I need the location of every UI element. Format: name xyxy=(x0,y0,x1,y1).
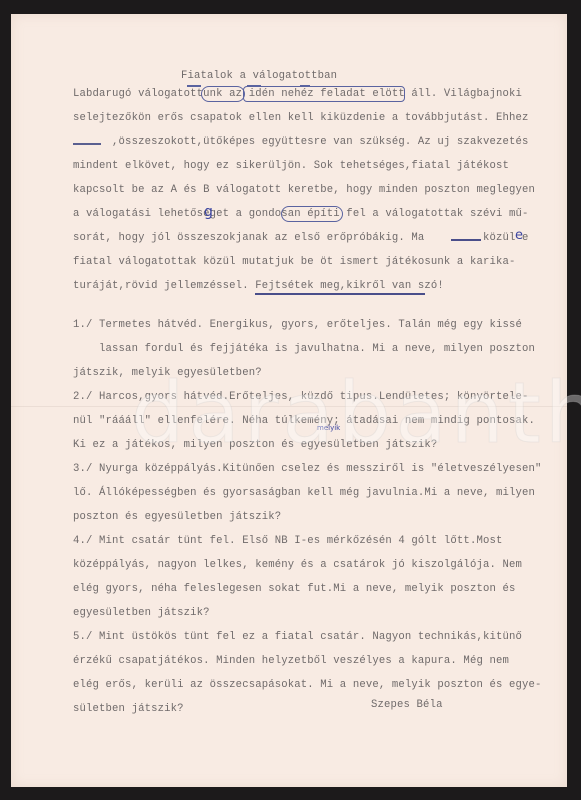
question-1-line: játszik, melyik egyesületben? xyxy=(73,367,262,379)
intro-line: mindent elkövet, hogy ez sikerüljön. Sok… xyxy=(73,160,509,172)
question-3-line: lő. Állóképességben és gyorsaságban kell… xyxy=(73,487,535,499)
strikethrough xyxy=(73,143,101,145)
intro-line: kapcsolt be az A és B válogatott keretbe… xyxy=(73,184,535,196)
title-underline-mark xyxy=(187,85,201,87)
intro-line: selejtezőkön erős csapatok ellen kell ki… xyxy=(73,112,529,124)
intro-line: ,összeszokott,ütőképes együttesre van sz… xyxy=(73,136,529,148)
question-2-line: 2./ Harcos,gyors hátvéd.Erőteljes, küzdő… xyxy=(73,391,529,403)
question-4-line: elég gyors, néha feleslegesen sokat fut.… xyxy=(73,583,516,595)
handwritten-box xyxy=(243,86,405,102)
question-2-line: Ki ez a játékos, milyen poszton és egyes… xyxy=(73,439,437,451)
handwritten-correction: g xyxy=(204,204,213,220)
handwritten-circle xyxy=(281,206,343,222)
strikethrough xyxy=(451,239,481,241)
paper-fold xyxy=(11,406,567,407)
signature: Szepes Béla xyxy=(371,699,443,711)
underline xyxy=(255,293,425,295)
document-page: Fiatalok a válogatottban Labdarugó válog… xyxy=(11,14,567,787)
question-3-line: 3./ Nyurga középpályás.Kitünően cselez é… xyxy=(73,463,542,475)
question-4-line: egyesületben játszik? xyxy=(73,607,210,619)
intro-line: fiatal válogatottak közül mutatjuk be öt… xyxy=(73,256,516,268)
question-2-line: nül "ráááll" ellenfelére. Néha túlkemény… xyxy=(73,415,535,427)
question-1-line: 1./ Termetes hátvéd. Energikus, gyors, e… xyxy=(73,319,522,331)
handwritten-circle xyxy=(201,86,245,102)
question-5-line: érzékű csapatjátékos. Minden helyzetből … xyxy=(73,655,509,667)
handwritten-correction: e xyxy=(515,228,523,243)
question-1-line: lassan fordul és fejjátéka is javulhatna… xyxy=(73,343,535,355)
intro-line: sorát, hogy jól összeszokjanak az első e… xyxy=(73,232,529,244)
question-4-line: 4./ Mint csatár tünt fel. Első NB I-es m… xyxy=(73,535,502,547)
document-title: Fiatalok a válogatottban xyxy=(181,70,337,82)
question-5-line: 5./ Mint üstökös tünt fel ez a fiatal cs… xyxy=(73,631,522,643)
intro-line: turáját,rövid jellemzéssel. Fejtsétek me… xyxy=(73,280,444,292)
question-3-line: poszton és egyesületben játszik? xyxy=(73,511,281,523)
question-5-line: sületben játszik? xyxy=(73,703,184,715)
handwritten-margin-note: melyik xyxy=(317,424,340,432)
question-5-line: elég erős, kerüli az összecsapásokat. Mi… xyxy=(73,679,542,691)
question-4-line: középpályás, nagyon lelkes, kemény és a … xyxy=(73,559,522,571)
